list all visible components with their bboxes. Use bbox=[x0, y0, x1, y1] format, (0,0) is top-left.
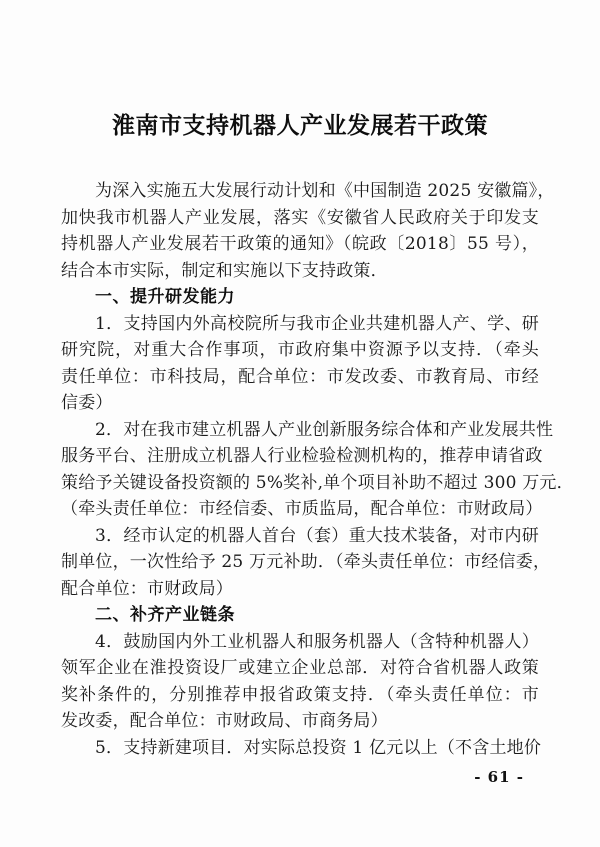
text-line: 责任单位：市科技局，配合单位：市发改委、市教育局、市经 bbox=[61, 364, 539, 391]
text-line: 2．对在我市建立机器人产业创新服务综合体和产业发展共性 bbox=[61, 417, 539, 444]
body-paragraph: 1．支持国内外高校院所与我市企业共建机器人产、学、研研究院，对重大合作事项，市政… bbox=[61, 311, 539, 417]
text-line: 结合本市实际，制定和实施以下支持政策． bbox=[61, 258, 539, 285]
body-paragraph: 4．鼓励国内外工业机器人和服务机器人（含特种机器人）领军企业在淮投资设厂或建立企… bbox=[61, 629, 539, 735]
text-line: 配合单位：市财政局） bbox=[61, 576, 539, 603]
document-page: 淮南市支持机器人产业发展若干政策 为深入实施五大发展行动计划和《中国制造 202… bbox=[0, 0, 600, 847]
body-paragraph: 为深入实施五大发展行动计划和《中国制造 2025 安徽篇》，加快我市机器人产业发… bbox=[61, 178, 539, 284]
heading-line: 一、提升研发能力 bbox=[61, 284, 539, 311]
text-line: 制单位，一次性给予 25 万元补助．（牵头责任单位：市经信委， bbox=[61, 549, 539, 576]
section-heading: 二、补齐产业链条 bbox=[61, 602, 539, 629]
text-line: 服务平台、注册成立机器人行业检验检测机构的，推荐申请省政 bbox=[61, 443, 539, 470]
text-line: 发改委，配合单位：市财政局、市商务局） bbox=[61, 708, 539, 735]
body-paragraph: 5．支持新建项目．对实际总投资 1 亿元以上（不含土地价 bbox=[61, 735, 539, 762]
text-line: （牵头责任单位：市经信委、市质监局，配合单位：市财政局） bbox=[61, 496, 539, 523]
text-line: 4．鼓励国内外工业机器人和服务机器人（含特种机器人） bbox=[61, 629, 539, 656]
body-paragraph: 3．经市认定的机器人首台（套）重大技术装备，对市内研制单位，一次性给予 25 万… bbox=[61, 523, 539, 603]
text-line: 信委） bbox=[61, 390, 539, 417]
text-line: 策给予关键设备投资额的 5%奖补,单个项目补助不超过 300 万元． bbox=[61, 470, 539, 497]
text-line: 持机器人产业发展若干政策的通知》（皖政〔2018〕55 号）， bbox=[61, 231, 539, 258]
page-number: - 61 - bbox=[474, 767, 524, 787]
text-line: 为深入实施五大发展行动计划和《中国制造 2025 安徽篇》， bbox=[61, 178, 539, 205]
section-heading: 一、提升研发能力 bbox=[61, 284, 539, 311]
text-line: 研究院，对重大合作事项，市政府集中资源予以支持．（牵头 bbox=[61, 337, 539, 364]
text-line: 加快我市机器人产业发展，落实《安徽省人民政府关于印发支 bbox=[61, 205, 539, 232]
document-title: 淮南市支持机器人产业发展若干政策 bbox=[61, 110, 539, 142]
text-line: 5．支持新建项目．对实际总投资 1 亿元以上（不含土地价 bbox=[61, 735, 539, 762]
text-line: 3．经市认定的机器人首台（套）重大技术装备，对市内研 bbox=[61, 523, 539, 550]
body-paragraph: 2．对在我市建立机器人产业创新服务综合体和产业发展共性服务平台、注册成立机器人行… bbox=[61, 417, 539, 523]
document-body: 为深入实施五大发展行动计划和《中国制造 2025 安徽篇》，加快我市机器人产业发… bbox=[61, 178, 539, 761]
text-line: 1．支持国内外高校院所与我市企业共建机器人产、学、研 bbox=[61, 311, 539, 338]
text-line: 领军企业在淮投资设厂或建立企业总部．对符合省机器人政策 bbox=[61, 655, 539, 682]
text-line: 奖补条件的，分别推荐申报省政策支持．（牵头责任单位：市 bbox=[61, 682, 539, 709]
heading-line: 二、补齐产业链条 bbox=[61, 602, 539, 629]
